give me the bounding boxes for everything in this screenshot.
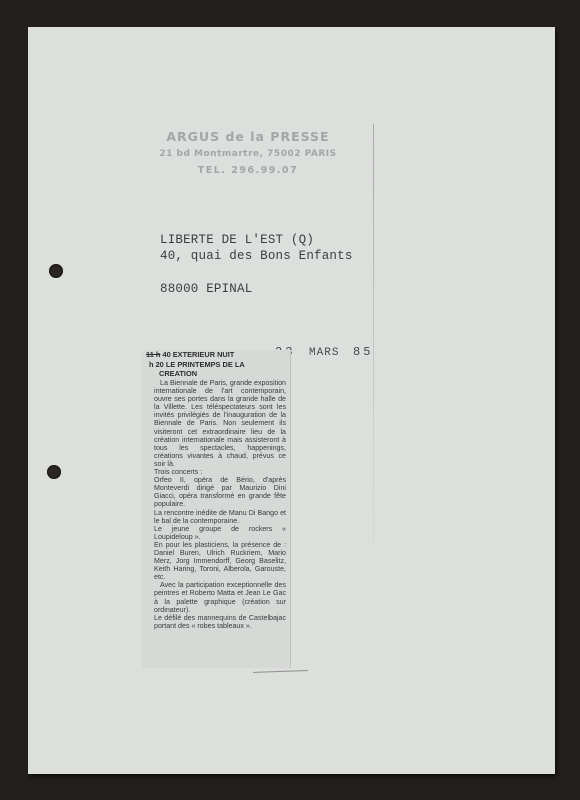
clipping-heading-1: 11 h 40 EXTERIEUR NUIT: [146, 350, 290, 359]
paragraph: En pour les plasticiens, la présence de …: [154, 541, 286, 581]
clipping-body: La Biennale de Paris, grande exposition …: [154, 379, 286, 630]
heading-2-line-1: h 20 LE PRINTEMPS DE LA: [149, 360, 245, 369]
recipient-city: 88000 EPINAL: [160, 281, 353, 297]
heading-2-line-2: CREATION: [149, 369, 290, 378]
date-year: 85: [353, 345, 373, 359]
recipient-address: LIBERTE DE L'EST (Q) 40, quai des Bons E…: [160, 232, 353, 297]
punch-hole-top: [49, 264, 63, 278]
pencil-mark: [253, 666, 308, 673]
date-month: MARS: [309, 347, 339, 359]
document-page: ARGUS de la PRESSE 21 bd Montmartre, 750…: [28, 27, 555, 774]
paragraph: Le jeune groupe de rockers « Loupideloup…: [154, 525, 286, 541]
stamp-address: 21 bd Montmartre, 75002 PARIS: [158, 149, 338, 159]
newspaper-clipping: 11 h 40 EXTERIEUR NUIT h 20 LE PRINTEMPS…: [142, 350, 291, 668]
recipient-name: LIBERTE DE L'EST (Q): [160, 232, 353, 248]
struck-time: 11 h: [146, 350, 160, 359]
stamp-phone: TEL. 296.99.07: [158, 165, 338, 176]
paragraph: Avec la participation exceptionnelle des…: [154, 581, 286, 613]
paragraph: Trois concerts :: [154, 468, 286, 476]
paragraph: La Biennale de Paris, grande exposition …: [154, 379, 286, 468]
paragraph: Orfeo II, opéra de Bério, d'après Montev…: [154, 476, 286, 508]
paragraph: La rencontre inédite de Manu Di Bango et…: [154, 509, 286, 525]
heading-1-text: 40 EXTERIEUR NUIT: [162, 350, 234, 359]
recipient-street: 40, quai des Bons Enfants: [160, 248, 353, 264]
punch-hole-bottom: [47, 465, 61, 479]
stamp-agency-name: ARGUS de la PRESSE: [158, 129, 338, 144]
clipping-heading-2: h 20 LE PRINTEMPS DE LA CREATION: [149, 360, 290, 378]
paragraph: Le défilé des mannequins de Castelbajac …: [154, 614, 286, 630]
fold-line: [373, 124, 374, 544]
agency-stamp: ARGUS de la PRESSE 21 bd Montmartre, 750…: [158, 129, 338, 176]
